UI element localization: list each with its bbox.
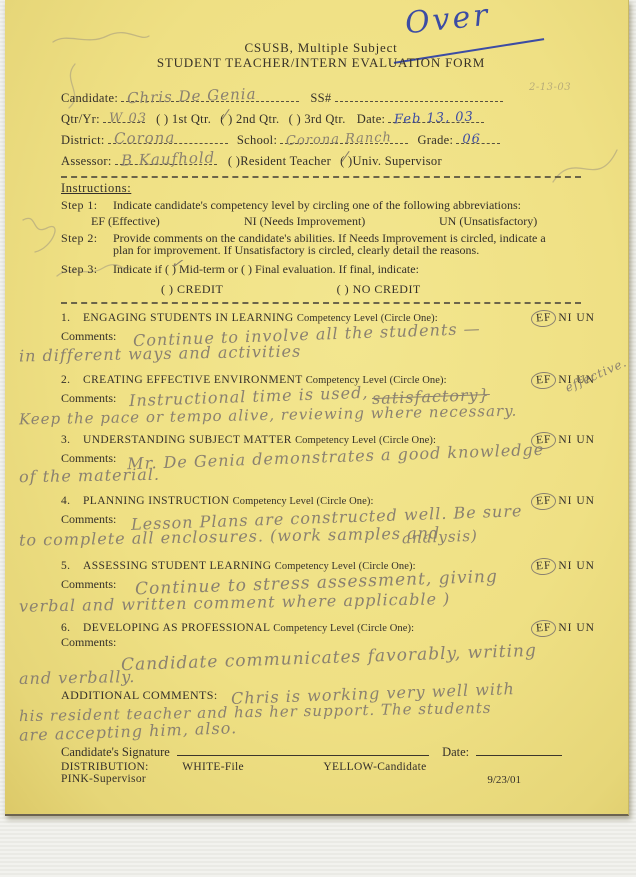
item3-comment-line2: of the material. xyxy=(19,465,160,486)
item4-comment-line3: analysis) xyxy=(402,527,478,549)
form-title-line2: STUDENT TEACHER/INTERN EVALUATION FORM xyxy=(61,55,581,70)
qtr-label: Qtr/Yr: xyxy=(61,112,100,126)
item-1: 1.ENGAGING STUDENTS IN LEARNING Competen… xyxy=(61,312,581,364)
district-handwritten: Corona xyxy=(114,128,176,147)
item3-un: UN xyxy=(576,434,595,446)
final-option: ( ) Final evaluation. If final, indicate… xyxy=(241,262,419,276)
item4-rating: EFNI UN xyxy=(531,493,595,510)
item4-ef-circled: EF xyxy=(530,492,557,511)
additional-comments: ADDITIONAL COMMENTS: Chris is working ve… xyxy=(61,684,621,741)
ss-field xyxy=(335,88,503,102)
assessor-handwritten: B Kaufhold xyxy=(120,148,215,169)
item6-un: UN xyxy=(576,622,595,634)
item2-ef-circled: EF xyxy=(530,371,557,390)
no-credit-option: ( ) NO CREDIT xyxy=(337,282,421,296)
item4-comment-line2: to complete all enclosures. (work sample… xyxy=(19,523,440,549)
form-title-line1: CSUSB, Multiple Subject xyxy=(61,40,581,55)
qtr-option-1: ( ) 1st Qtr. xyxy=(156,112,211,126)
item5-ef-circled: EF xyxy=(530,557,557,576)
item4-un: UN xyxy=(576,495,595,507)
evaluation-form-paper: Over CSUSB, Multiple Subject STUDENT TEA… xyxy=(5,0,629,816)
item6-ni: NI xyxy=(558,622,572,634)
item4-title: PLANNING INSTRUCTION xyxy=(83,495,229,507)
ss-label: SS# xyxy=(310,91,331,105)
candidate-handwritten: Chris De Genia xyxy=(127,85,257,108)
assessor-label: Assessor: xyxy=(61,154,112,168)
item1-title: ENGAGING STUDENTS IN LEARNING xyxy=(83,312,294,324)
copy-white: WHITE-File xyxy=(182,761,320,773)
item2-comment-line2: Keep the pace or tempo alive, reviewing … xyxy=(19,402,518,430)
item6-comments-label: Comments: xyxy=(61,635,116,649)
additional-comments-label: ADDITIONAL COMMENTS: xyxy=(61,688,218,702)
item-6: 6.DEVELOPING AS PROFESSIONAL Competency … xyxy=(61,622,581,688)
item3-comments-label: Comments: xyxy=(61,451,116,465)
date-label: Date: xyxy=(357,112,386,126)
instructions-heading: Instructions: xyxy=(61,182,581,195)
univ-supervisor-option: ( )Univ. Supervisor xyxy=(340,154,442,168)
item3-number: 3. xyxy=(61,434,83,446)
step3-label: Step 3: xyxy=(61,263,113,276)
item2-number: 2. xyxy=(61,374,83,386)
item5-un: UN xyxy=(576,560,595,572)
item6-title: DEVELOPING AS PROFESSIONAL xyxy=(83,622,270,634)
signature-field xyxy=(177,742,429,756)
school-label: School: xyxy=(237,133,277,147)
item4-ni: NI xyxy=(558,495,572,507)
midterm-check-mark: ✓ xyxy=(170,257,183,271)
abbrev-ni: NI (Needs Improvement) xyxy=(244,215,436,228)
item4-number: 4. xyxy=(61,495,83,507)
item2-comments-label: Comments: xyxy=(61,391,116,405)
qtr-field: W 03 xyxy=(103,109,145,123)
distribution-label: DISTRIBUTION: xyxy=(61,761,179,773)
dashed-separator xyxy=(61,302,581,304)
univ-supervisor-wrap: ( )Univ. Supervisor / xyxy=(340,154,442,169)
step3-text-a: Indicate if xyxy=(113,262,162,276)
revision-date: 9/23/01 xyxy=(487,774,521,786)
item1-ef-circled: EF xyxy=(530,309,557,328)
midterm-option-wrap: ( ) Mid-term ✓ xyxy=(165,263,225,276)
footer-date-field xyxy=(476,742,562,756)
item5-number: 5. xyxy=(61,560,83,572)
resident-teacher-option: ( )Resident Teacher xyxy=(228,154,331,168)
qtr-option-2-wrap: ( ) 2nd Qtr. / xyxy=(220,112,279,127)
additional-comment-line2: his resident teacher and has her support… xyxy=(19,699,492,726)
item-3: 3.UNDERSTANDING SUBJECT MATTER Competenc… xyxy=(61,434,581,486)
item6-rating: EFNI UN xyxy=(531,620,595,637)
district-label: District: xyxy=(61,133,105,147)
credit-option: ( ) CREDIT xyxy=(161,282,223,296)
item5-title: ASSESSING STUDENT LEARNING xyxy=(83,560,271,572)
grade-field: 06 xyxy=(456,130,500,144)
item1-number: 1. xyxy=(61,312,83,324)
item6-number: 6. xyxy=(61,622,83,634)
district-field: Corona xyxy=(108,130,228,144)
step1-label: Step 1: xyxy=(61,199,113,212)
qtr-option-3: ( ) 3rd Qtr. xyxy=(289,112,346,126)
item5-comments-label: Comments: xyxy=(61,577,116,591)
item1-un: UN xyxy=(576,312,595,324)
qtr-handwritten: W 03 xyxy=(109,111,147,126)
qtr-option-2: ( ) 2nd Qtr. xyxy=(220,112,279,126)
scanned-document: Over CSUSB, Multiple Subject STUDENT TEA… xyxy=(0,0,636,877)
item1-comments-label: Comments: xyxy=(61,329,116,343)
item1-ni: NI xyxy=(558,312,572,324)
date-field: Feb 13, 03 xyxy=(388,109,484,123)
item6-ef-circled: EF xyxy=(530,619,557,638)
candidate-field: Chris De Genia xyxy=(121,88,299,102)
item5-rating: EFNI UN xyxy=(531,558,595,575)
item-5: 5.ASSESSING STUDENT LEARNING Competency … xyxy=(61,560,581,613)
copy-pink: PINK-Supervisor xyxy=(61,773,146,785)
item-2: 2.CREATING EFFECTIVE ENVIRONMENT Compete… xyxy=(61,374,581,425)
item4-competency-label: Competency Level (Circle One): xyxy=(233,496,374,507)
item6-competency-label: Competency Level (Circle One): xyxy=(273,623,414,634)
school-field: Corona Ranch xyxy=(280,130,408,144)
item4-comments-label: Comments: xyxy=(61,512,116,526)
item5-ni: NI xyxy=(558,560,572,572)
item2-title: CREATING EFFECTIVE ENVIRONMENT xyxy=(83,374,302,386)
item-4: 4.PLANNING INSTRUCTION Competency Level … xyxy=(61,495,581,547)
item3-ni: NI xyxy=(558,434,572,446)
item5-comment-line2: verbal and written comment where applica… xyxy=(19,589,451,616)
item3-title: UNDERSTANDING SUBJECT MATTER xyxy=(83,434,292,446)
grade-handwritten: 06 xyxy=(462,132,481,147)
step1-text: Indicate candidate's competency level by… xyxy=(113,199,553,212)
step3-or: or xyxy=(228,262,238,276)
signature-row: Candidate's Signature Date: xyxy=(61,742,581,760)
footer-date-label: Date: xyxy=(442,745,469,759)
school-handwritten: Corona Ranch xyxy=(286,130,392,149)
assessor-field: B Kaufhold xyxy=(115,151,217,165)
grade-label: Grade: xyxy=(417,133,453,147)
signature-label: Candidate's Signature xyxy=(61,745,170,759)
step2-label: Step 2: xyxy=(61,232,113,257)
dashed-separator xyxy=(61,176,581,178)
step2-text: Provide comments on the candidate's abil… xyxy=(113,232,553,257)
candidate-label: Candidate: xyxy=(61,91,118,105)
copy-yellow: YELLOW-Candidate xyxy=(323,761,493,773)
date-handwritten: Feb 13, 03 xyxy=(394,110,474,128)
item1-comment-line2: in different ways and activities xyxy=(19,342,302,366)
item1-rating: EFNI UN xyxy=(531,310,595,327)
abbrev-ef: EF (Effective) xyxy=(91,215,241,228)
abbrev-un: UN (Unsatisfactory) xyxy=(439,215,537,228)
